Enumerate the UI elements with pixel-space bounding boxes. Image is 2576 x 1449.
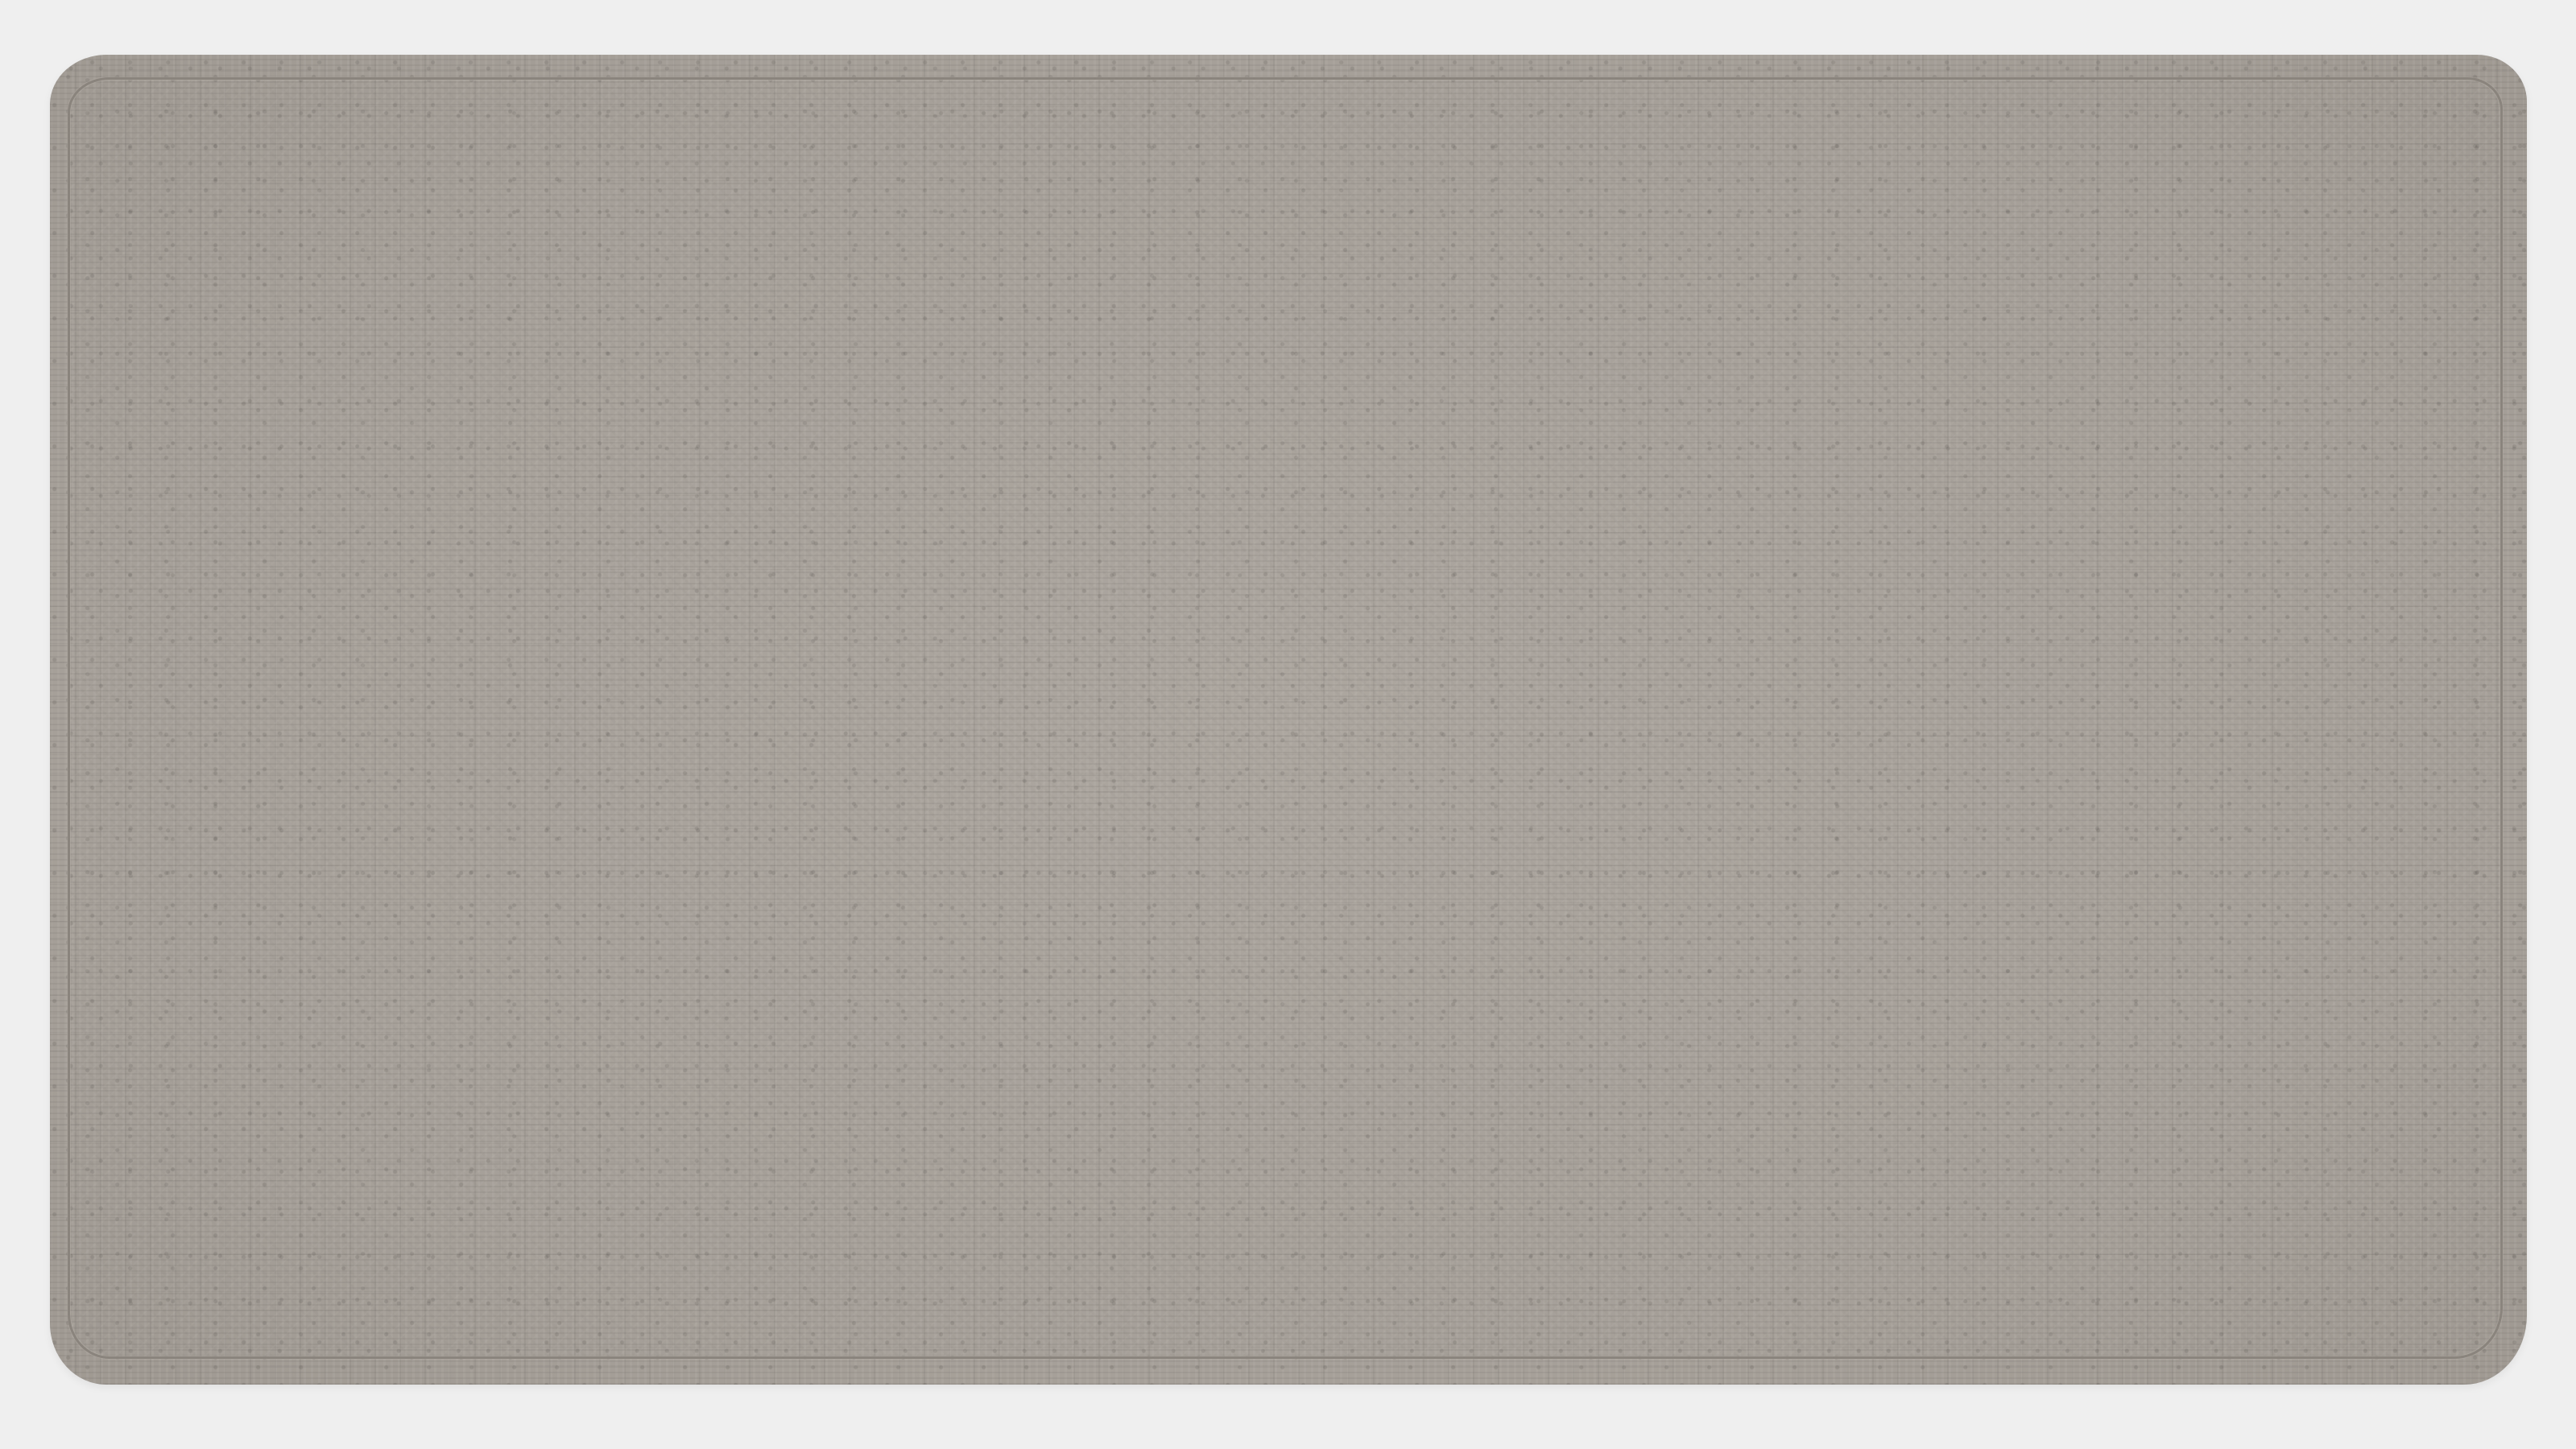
welt-piping-seam bbox=[68, 77, 2503, 1359]
ottoman-cushion bbox=[50, 55, 2527, 1385]
